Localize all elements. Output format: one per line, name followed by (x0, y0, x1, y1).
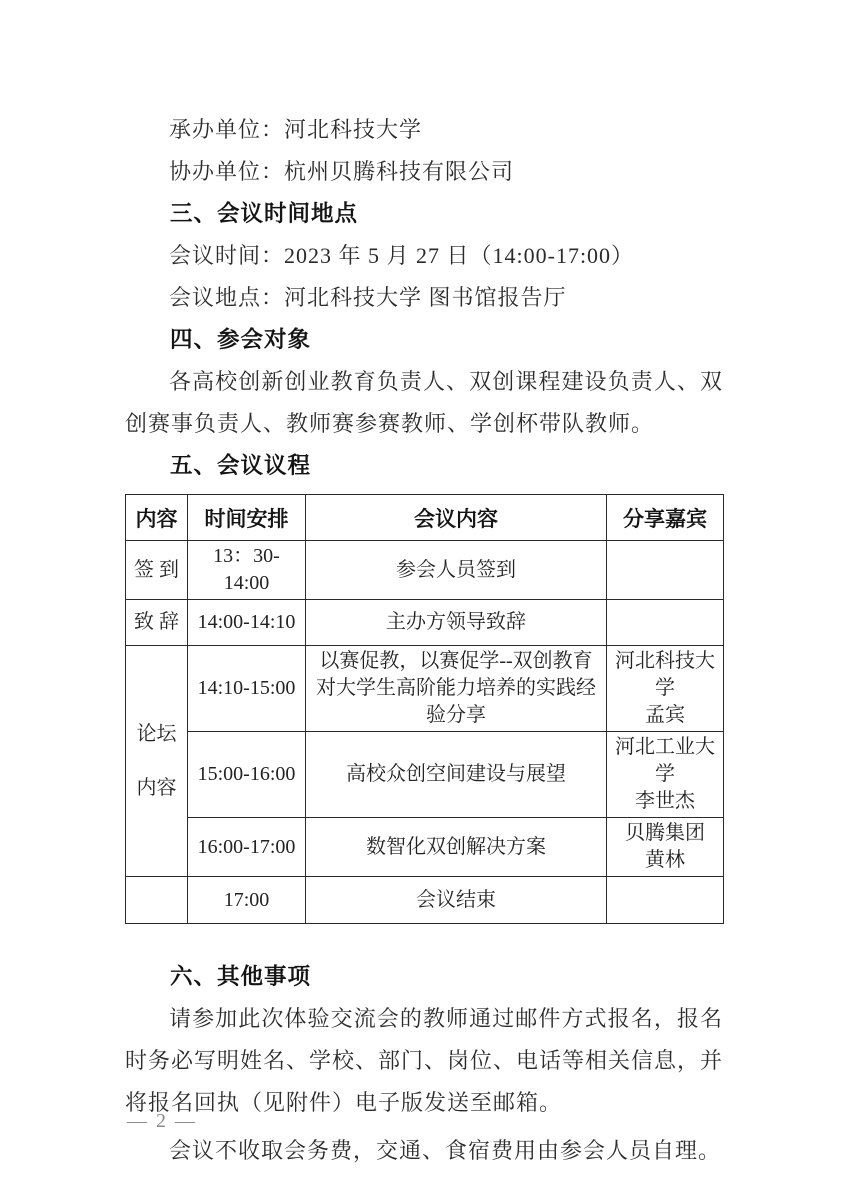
other-paragraph-fees: 会议不收取会务费，交通、食宿费用由参会人员自理。 (125, 1130, 723, 1172)
content-cell: 主办方领导致辞 (306, 600, 607, 646)
organizer-line-coorganizer: 协办单位：杭州贝腾科技有限公司 (125, 151, 723, 193)
document-page: 承办单位：河北科技大学 协办单位：杭州贝腾科技有限公司 三、会议时间地点 会议时… (0, 0, 848, 1200)
guest-cell: 河北科技大学 孟宾 (607, 646, 724, 732)
table-header-row: 内容 时间安排 会议内容 分享嘉宾 (126, 495, 724, 541)
guest-cell: 河北工业大学 李世杰 (607, 732, 724, 818)
guest-cell (607, 600, 724, 646)
guest-name: 李世杰 (611, 788, 719, 815)
table-row: 论坛 内容 14:10-15:00 以赛促教，以赛促学--双创教育对大学生高阶能… (126, 646, 724, 732)
guest-cell (607, 877, 724, 924)
guest-name: 孟宾 (611, 702, 719, 729)
time-cell: 14:00-14:10 (188, 600, 306, 646)
guest-org: 贝腾集团 (611, 820, 719, 847)
attendees-paragraph: 各高校创新创业教育负责人、双创课程建设负责人、双创赛事负责人、教师赛参赛教师、学… (125, 361, 723, 445)
content-cell: 参会人员签到 (306, 541, 607, 600)
table-row: 致 辞 14:00-14:10 主办方领导致辞 (126, 600, 724, 646)
table-row: 签 到 13：30-14:00 参会人员签到 (126, 541, 724, 600)
category-cell-forum: 论坛 内容 (126, 646, 188, 877)
section-heading-time-place: 三、会议时间地点 (125, 193, 723, 235)
content-cell: 以赛促教，以赛促学--双创教育对大学生高阶能力培养的实践经验分享 (306, 646, 607, 732)
time-cell: 15:00-16:00 (188, 732, 306, 818)
content-cell: 高校众创空间建设与展望 (306, 732, 607, 818)
section-heading-other: 六、其他事项 (125, 956, 723, 998)
document-body: 承办单位：河北科技大学 协办单位：杭州贝腾科技有限公司 三、会议时间地点 会议时… (125, 109, 723, 1172)
table-row: 15:00-16:00 高校众创空间建设与展望 河北工业大学 李世杰 (126, 732, 724, 818)
forum-label-line2: 内容 (130, 775, 183, 801)
guest-cell: 贝腾集团 黄林 (607, 818, 724, 877)
category-cell (126, 877, 188, 924)
meeting-time-line: 会议时间：2023 年 5 月 27 日（14:00-17:00） (125, 235, 723, 277)
guest-cell (607, 541, 724, 600)
content-cell: 数智化双创解决方案 (306, 818, 607, 877)
table-row: 16:00-17:00 数智化双创解决方案 贝腾集团 黄林 (126, 818, 724, 877)
time-cell: 14:10-15:00 (188, 646, 306, 732)
table-header-cell-time: 时间安排 (188, 495, 306, 541)
table-row: 17:00 会议结束 (126, 877, 724, 924)
table-header-cell-content: 会议内容 (306, 495, 607, 541)
category-cell: 致 辞 (126, 600, 188, 646)
guest-org: 河北工业大学 (611, 734, 719, 788)
time-cell: 13：30-14:00 (188, 541, 306, 600)
category-cell: 签 到 (126, 541, 188, 600)
time-cell: 17:00 (188, 877, 306, 924)
meeting-place-line: 会议地点：河北科技大学 图书馆报告厅 (125, 277, 723, 319)
table-header-cell-guest: 分享嘉宾 (607, 495, 724, 541)
organizer-line-host: 承办单位：河北科技大学 (125, 109, 723, 151)
page-number: — 2 — (127, 1110, 247, 1133)
agenda-table: 内容 时间安排 会议内容 分享嘉宾 签 到 13：30-14:00 参会人员签到… (125, 494, 724, 924)
other-paragraph-registration: 请参加此次体验交流会的教师通过邮件方式报名，报名时务必写明姓名、学校、部门、岗位… (125, 998, 723, 1124)
section-heading-agenda: 五、会议议程 (125, 445, 723, 487)
table-header-cell-category: 内容 (126, 495, 188, 541)
section-heading-attendees: 四、参会对象 (125, 319, 723, 361)
guest-name: 黄林 (611, 847, 719, 874)
guest-org: 河北科技大学 (611, 648, 719, 702)
content-cell: 会议结束 (306, 877, 607, 924)
time-cell: 16:00-17:00 (188, 818, 306, 877)
forum-label-line1: 论坛 (130, 721, 183, 747)
